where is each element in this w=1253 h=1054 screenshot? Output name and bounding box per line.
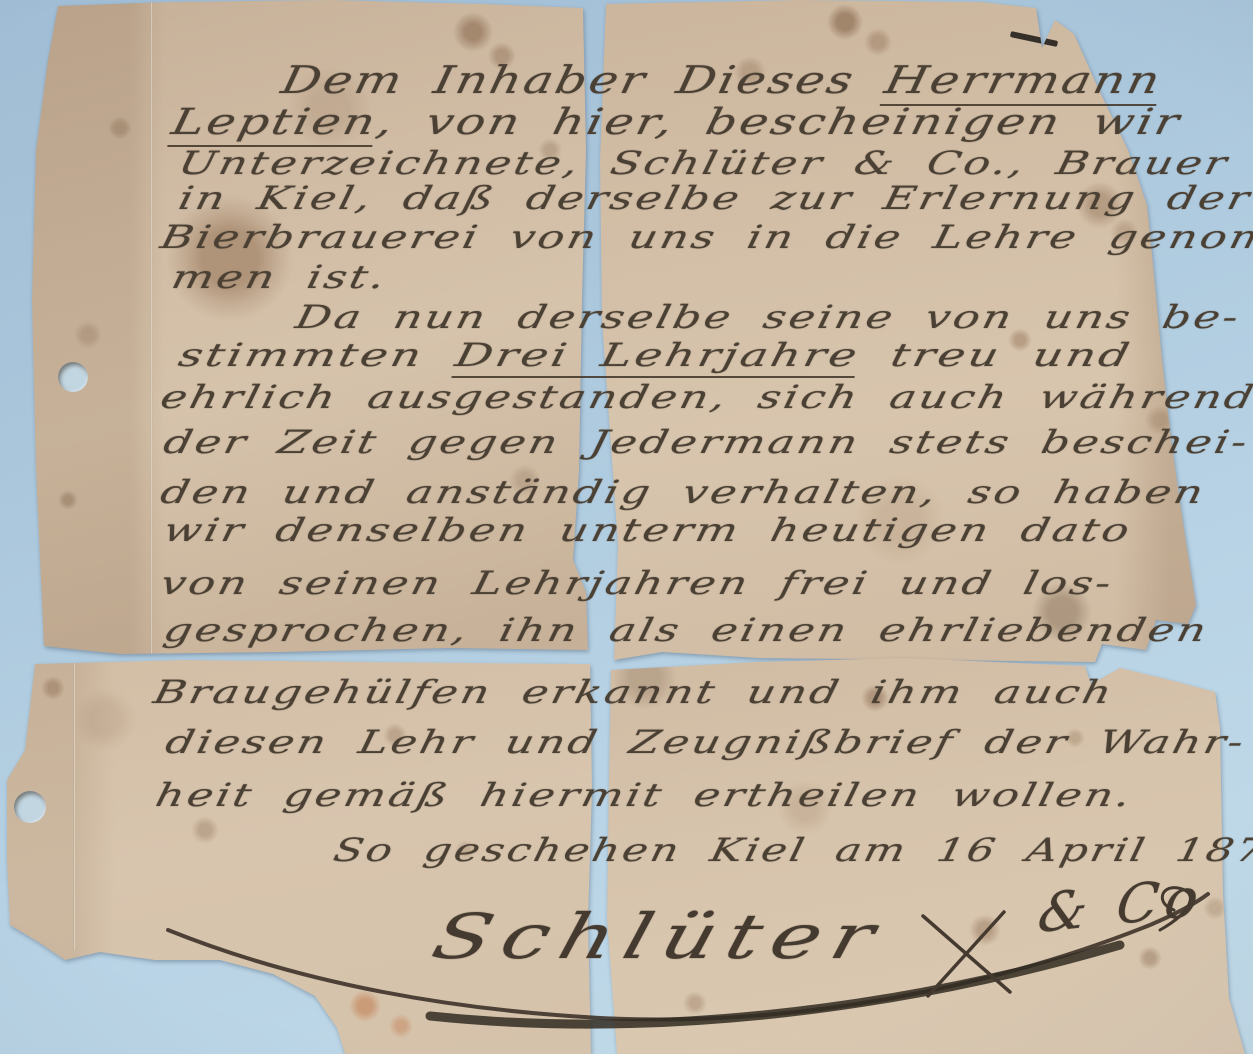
- photograph-of-torn-document: Dem Inhaber Dieses HerrmannLeptien, von …: [0, 0, 1253, 1054]
- paper-piece-bottom-right-surface: [605, 658, 1253, 1054]
- punch-hole: [58, 362, 88, 392]
- punch-hole: [14, 791, 46, 823]
- paper-piece-bottom-left: [5, 660, 597, 1054]
- paper-piece-bottom-left-surface: [5, 660, 597, 1054]
- paper-piece-top-right-surface: [600, 0, 1200, 662]
- paper-piece-bottom-right: [605, 658, 1253, 1054]
- fold-crease: [73, 660, 76, 950]
- paper-piece-top-right: [600, 0, 1200, 662]
- paper-piece-top-left-surface: [30, 0, 600, 656]
- signature-name: Schlüter: [425, 900, 893, 973]
- fold-crease: [150, 0, 153, 656]
- paper-piece-top-left: [30, 0, 600, 656]
- ink-mark: [1010, 31, 1058, 47]
